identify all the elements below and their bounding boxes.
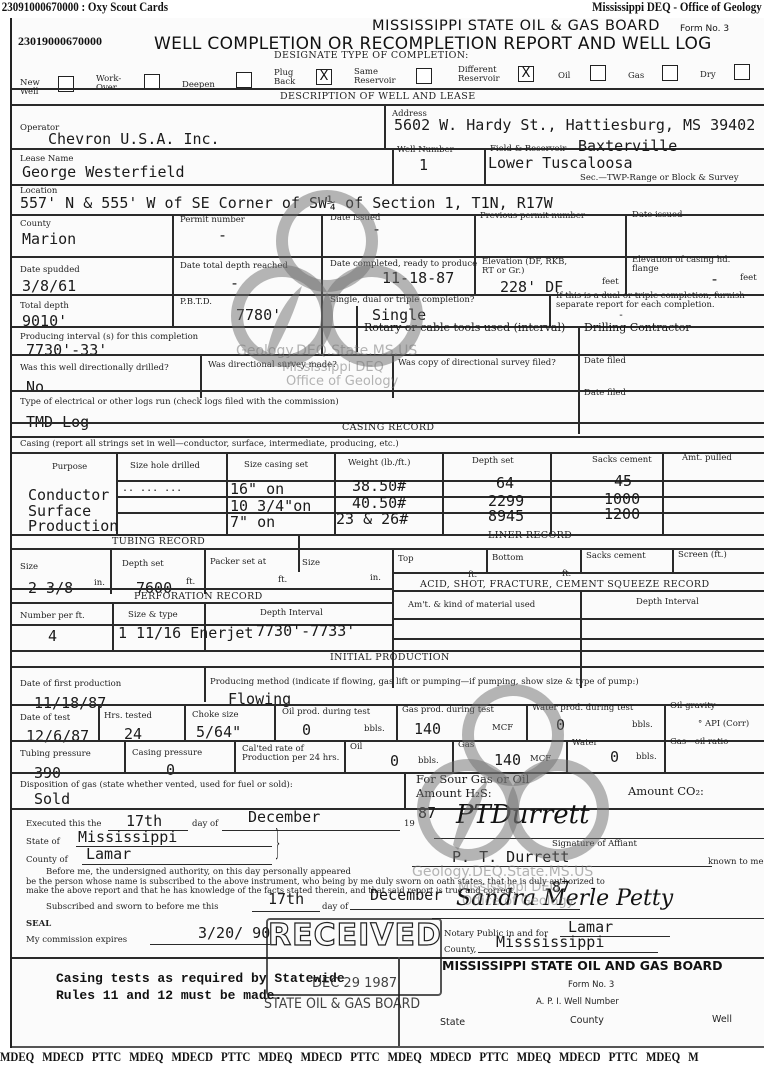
gas-test-unit: MCF xyxy=(492,724,513,733)
casing-header-purpose: Purpose xyxy=(52,463,87,472)
directional-value: No xyxy=(26,380,44,395)
disposition-value: Sold xyxy=(34,792,70,807)
bottom-strip: MDEQ MDECD PTTC MDEQ MDECD PTTC MDEQ MDE… xyxy=(0,1050,672,1065)
reservoir-value: Lower Tuscaloosa xyxy=(488,156,633,171)
sour-label: For Sour Gas or Oil xyxy=(416,774,529,786)
h2s-label: Amount H₂S: xyxy=(416,788,492,800)
known-label: known to me to xyxy=(708,858,764,867)
day-of-label: day of xyxy=(192,820,218,829)
prev-date-issued-label: Date issued xyxy=(632,211,682,220)
casing-note: Casing (report all strings set in well—c… xyxy=(20,440,399,449)
gas-unit: MCF xyxy=(530,755,551,764)
oil-unit: bbls. xyxy=(418,757,439,766)
perf-header-interval: Depth Interval xyxy=(260,609,323,618)
rotary-label: Rotary or cable tools used (interval) xyxy=(364,322,565,333)
casing-depth: 64 xyxy=(496,476,514,491)
oil-test-label: Oil prod. during test xyxy=(282,708,370,717)
gravity-label: Oil gravity xyxy=(670,702,715,711)
casing-elev-value: - xyxy=(710,272,719,287)
casing-elev-label: Elevation of casing hd. flange xyxy=(632,256,742,274)
contractor-label: Drilling Contractor xyxy=(584,322,691,333)
well-number-value: 1 xyxy=(419,158,428,173)
completed-value: 11-18-87 xyxy=(382,271,454,286)
label-oil: Oil xyxy=(558,72,570,81)
perf-header-size: Size & type xyxy=(128,611,178,620)
casing-header-depth: Depth set xyxy=(472,457,514,466)
brace: } xyxy=(274,826,282,860)
checkbox-plug-back[interactable]: X xyxy=(316,69,332,85)
agency-title: MISSISSIPPI STATE OIL & GAS BOARD xyxy=(372,18,660,34)
casing-header-size: Size casing set xyxy=(244,461,308,470)
document-header-left: 23091000670000 : Oxy Scout Cards xyxy=(0,0,672,16)
designate-label: DESIGNATE TYPE OF COMPLETION: xyxy=(274,50,469,61)
commission-value: 3/20/ 90 xyxy=(198,926,270,941)
watermark-line-3: Office of Geology xyxy=(286,374,398,389)
stamp-board: STATE OIL & GAS BOARD xyxy=(264,996,420,1012)
water-test-unit: bbls. xyxy=(632,721,653,730)
pbtd-value: 7780' xyxy=(236,308,281,323)
sec-twp-label: Sec.—TWP-Range or Block & Survey xyxy=(580,174,739,183)
spudded-value: 3/8/61 xyxy=(22,279,76,294)
checkbox-oil[interactable] xyxy=(590,65,606,81)
gas-label: Gas xyxy=(458,741,474,750)
gas-test-value: 140 xyxy=(414,722,441,737)
logs-label: Type of electrical or other logs run (ch… xyxy=(20,398,339,407)
choke-label: Choke size xyxy=(192,711,239,720)
packer-label: Packer set at xyxy=(210,558,266,567)
casing-size: 10 3/4"on xyxy=(230,499,311,514)
water-test-value: 0 xyxy=(556,718,565,733)
notary-signature: Sandra Merle Petty xyxy=(456,886,673,911)
liner-screen-label: Screen (ft.) xyxy=(678,551,727,560)
county-aff-value: Lamar xyxy=(86,847,131,862)
state-label: State of xyxy=(26,838,60,847)
method-label: Producing method (indicate if flowing, g… xyxy=(210,678,639,687)
tubing-size-label: Size xyxy=(20,563,38,572)
executed-day: 17th xyxy=(126,814,162,829)
section-description: DESCRIPTION OF WELL AND LEASE xyxy=(280,91,476,102)
footer-form-no: Form No. 3 xyxy=(568,981,614,990)
api-col-county: County xyxy=(570,1016,604,1026)
tubing-size-unit: in. xyxy=(94,579,105,588)
section-perforation: PERFORATION RECORD xyxy=(134,591,263,602)
casing-sacks: 1200 xyxy=(604,507,640,522)
section-tubing: TUBING RECORD xyxy=(112,536,205,547)
casing-sacks: 45 xyxy=(614,474,632,489)
spudded-label: Date spudded xyxy=(20,266,80,275)
perf-interval-value: 7730'-7733' xyxy=(256,624,355,639)
watermark-line-1: Geology.DEQ.State.MS.US xyxy=(236,343,417,359)
stamp-number: 23019000670000 xyxy=(18,34,102,49)
casing-header-sacks: Sacks cement xyxy=(592,456,652,465)
checkbox-same-reservoir[interactable] xyxy=(416,68,432,84)
casing-note-2: Rules 11 and 12 must be made. xyxy=(56,988,282,1003)
field-label: Field & Reservoir xyxy=(490,145,566,154)
liner-sacks-label: Sacks cement xyxy=(586,552,646,561)
casing-hole: .. ... ... xyxy=(122,484,182,494)
section-initial-production: INITIAL PRODUCTION xyxy=(330,652,450,663)
liner-size-unit: in. xyxy=(370,574,381,583)
api-label: A. P. I. Well Number xyxy=(536,998,619,1007)
test-date-label: Date of test xyxy=(20,714,70,723)
executed-year: 87 xyxy=(418,806,436,821)
document-id-title: 23091000670000 : Oxy Scout Cards xyxy=(2,0,168,15)
water-test-label: Water prod. during test xyxy=(532,704,633,713)
water-unit: bbls. xyxy=(636,753,657,762)
perf-header-number: Number per ft. xyxy=(20,612,85,621)
gas-test-label: Gas prod. during test xyxy=(402,706,494,715)
seal-label: SEAL xyxy=(26,920,51,929)
address-value: 5602 W. Hardy St., Hattiesburg, MS 39402 xyxy=(394,118,755,133)
disposition-label: Disposition of gas (state whether vented… xyxy=(20,781,293,790)
first-prod-label: Date of first production xyxy=(20,680,121,689)
label-plug-back: Plug Back xyxy=(274,69,304,87)
checkbox-gas[interactable] xyxy=(662,65,678,81)
executed-month: December xyxy=(248,810,320,825)
state-value: Mississippi xyxy=(78,830,177,845)
pbtd-label: P.B.T.D. xyxy=(180,298,212,307)
td-reached-value: - xyxy=(230,276,239,291)
prev-permit-label: Previous permit number xyxy=(480,212,585,221)
perf-size-value: 1 11/16 Enerjet xyxy=(118,626,253,641)
calc-rate-label: Cal'ted rate of Production per 24 hrs. xyxy=(242,745,344,763)
date-filed-label: Date filed xyxy=(584,357,626,366)
gas-value: 140 xyxy=(494,753,521,768)
stamp-date: DEC 29 1987 xyxy=(312,976,397,991)
notary-county-value: Misssissippi xyxy=(496,935,604,950)
packer-unit: ft. xyxy=(278,576,287,585)
acid-header-interval: Depth Interval xyxy=(636,598,699,607)
casing-purpose: Conductor xyxy=(28,488,109,503)
gor-label: Gas—oil ratio xyxy=(670,738,728,747)
subscribed-label: Subscribed and sworn to before me this xyxy=(46,903,218,912)
label-different-reservoir: Different Reservoir xyxy=(458,66,514,84)
form-number: Form No. 3 xyxy=(680,24,729,34)
casing-header-hole: Size hole drilled xyxy=(130,462,200,471)
dual-note: If this is a dual or triple completion, … xyxy=(556,292,760,310)
elevation-label: Elevation (DF, RKB, RT or Gr.) xyxy=(482,258,574,276)
subscribed-day: 17th xyxy=(268,892,304,907)
county-aff-label: County of xyxy=(26,856,68,865)
affiant-name: P. T. Durrett xyxy=(452,850,569,865)
checkbox-different-reservoir[interactable]: X xyxy=(518,66,534,82)
casing-header-pulled: Amt. pulled xyxy=(682,454,732,463)
lease-value: George Westerfield xyxy=(22,165,185,180)
commission-label: My commission expires xyxy=(26,936,127,945)
casing-weight: 40.50# xyxy=(352,496,406,511)
tubing-depth-label: Depth set xyxy=(122,560,164,569)
county-value: Marion xyxy=(22,232,76,247)
operator-value: Chevron U.S.A. Inc. xyxy=(48,132,220,147)
completed-label: Date completed, ready to produce xyxy=(330,260,480,269)
liner-bottom-label: Bottom xyxy=(492,554,523,563)
elevation-unit: feet xyxy=(602,278,619,287)
casing-header-weight: Weight (lb./ft.) xyxy=(348,459,410,468)
subscribed-day-of: day of xyxy=(322,903,348,912)
board-title: MISSISSIPPI STATE OIL AND GAS BOARD xyxy=(442,958,723,973)
field-value: Baxterville xyxy=(578,139,677,154)
api-col-state: State xyxy=(440,1018,465,1028)
tubing-pressure-label: Tubing pressure xyxy=(20,750,91,759)
permit-label: Permit number xyxy=(180,216,245,225)
oil-value: 0 xyxy=(390,754,399,769)
label-dry: Dry xyxy=(700,71,716,80)
elevation-value: 228' DF xyxy=(500,280,563,295)
section-acid: ACID, SHOT, FRACTURE, CEMENT SQUEEZE REC… xyxy=(420,579,709,590)
liner-top-label: Top xyxy=(398,555,414,564)
gravity-unit: ° API (Corr) xyxy=(698,720,749,729)
county-label: County xyxy=(20,220,51,229)
casing-size: 7" on xyxy=(230,515,275,530)
hrs-label: Hrs. tested xyxy=(104,712,152,721)
water-value: 0 xyxy=(610,750,619,765)
casing-depth: 8945 xyxy=(488,509,524,524)
year-prefix: 19 xyxy=(404,820,415,829)
oil-test-unit: bbls. xyxy=(364,725,385,734)
checkbox-dry[interactable] xyxy=(734,64,750,80)
casing-pressure-label: Casing pressure xyxy=(132,749,202,758)
section-liner: LINER RECORD xyxy=(488,530,572,541)
date-issued-value: - xyxy=(372,222,381,237)
form-page: 23019000670000 MISSISSIPPI STATE OIL & G… xyxy=(10,18,764,1048)
acid-header-material: Am't. & kind of material used xyxy=(408,601,535,610)
well-number-label: Well Number xyxy=(397,146,454,155)
perf-number-value: 4 xyxy=(48,629,57,644)
section-casing: CASING RECORD xyxy=(342,422,434,433)
water-label: Water xyxy=(572,739,598,748)
notary-county-label: County, xyxy=(444,946,476,955)
checkbox-deepen[interactable] xyxy=(236,72,252,88)
co2-label: Amount CO₂: xyxy=(628,786,704,798)
subscribed-month: December xyxy=(370,888,442,903)
td-reached-label: Date total depth reached xyxy=(180,262,288,271)
dual-value: - xyxy=(618,311,624,321)
api-col-well: Well xyxy=(712,1015,732,1025)
casing-elev-unit: feet xyxy=(740,274,757,283)
total-depth-label: Total depth xyxy=(20,302,69,311)
location-value: 557' N & 555' W of SE Corner of SW¼ of S… xyxy=(20,196,553,211)
label-same-reservoir: Same Reservoir xyxy=(354,68,412,86)
affiant-signature: PTDurrett xyxy=(456,800,590,830)
tubing-depth-unit: ft. xyxy=(186,578,195,587)
label-work-over: Work-Over xyxy=(96,75,132,93)
casing-weight: 38.50# xyxy=(352,479,406,494)
survey-copy-label: Was copy of directional survey filed? xyxy=(398,359,568,368)
casing-pressure-value: 0 xyxy=(166,763,175,778)
choke-value: 5/64" xyxy=(196,725,241,740)
casing-size: 16" on xyxy=(230,482,284,497)
casing-weight: 23 & 26# xyxy=(336,512,408,527)
directional-label: Was this well directionally drilled? xyxy=(20,364,169,373)
oil-label: Oil xyxy=(350,743,362,752)
stamp-received-text: RECEIVED xyxy=(268,918,442,953)
completion-type-label: Single, dual or triple completion? xyxy=(330,296,474,305)
label-gas: Gas xyxy=(628,72,644,81)
casing-purpose: Production xyxy=(28,519,118,534)
liner-size-label: Size xyxy=(302,559,320,568)
survey-label: Was directional survey made? xyxy=(208,361,337,370)
document-source-title: Mississippi DEQ - Office of Geology xyxy=(592,0,762,15)
logs-date-filed-label: Date filed xyxy=(584,389,626,398)
permit-value: - xyxy=(218,228,227,243)
oil-test-value: 0 xyxy=(302,723,311,738)
